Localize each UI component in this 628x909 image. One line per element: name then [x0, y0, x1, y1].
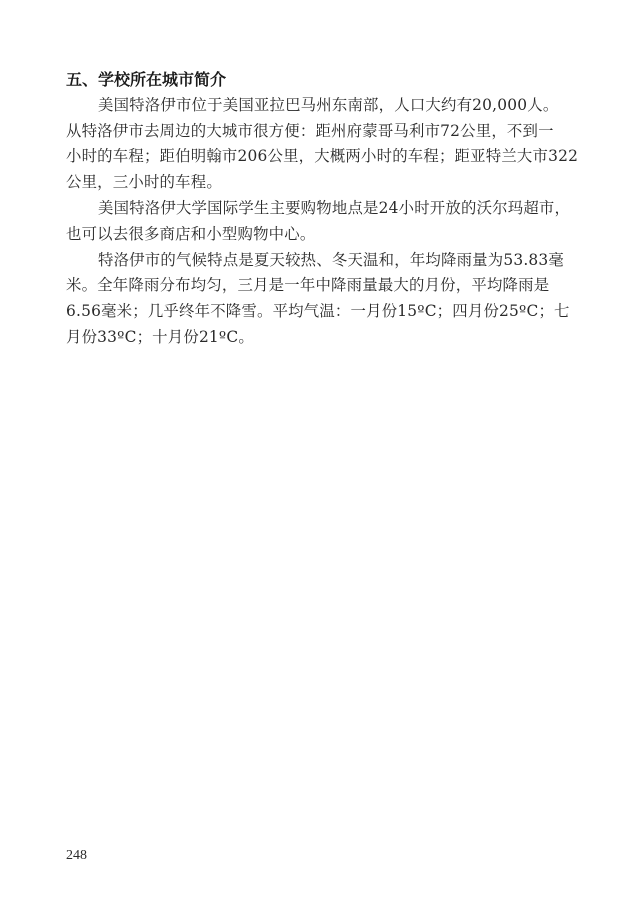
page-number: 248: [66, 847, 87, 865]
text-line: 也可以去很多商店和小型购物中心。: [66, 222, 566, 248]
text-line: 小时的车程；距伯明翰市206公里，大概两小时的车程；距亚特兰大市322: [66, 144, 566, 170]
page-content: 五、学校所在城市简介 美国特洛伊市位于美国亚拉巴马州东南部，人口大约有20,00…: [66, 67, 566, 351]
paragraph-climate: 特洛伊市的气候特点是夏天较热、冬天温和，年均降雨量为53.83毫 米。全年降雨分…: [66, 248, 566, 351]
section-heading: 五、学校所在城市简介: [66, 67, 566, 93]
text-line: 从特洛伊市去周边的大城市很方便：距州府蒙哥马利市72公里，不到一: [66, 119, 566, 145]
text-line: 6.56毫米；几乎终年不降雪。平均气温：一月份15ºC；四月份25ºC；七: [66, 299, 566, 325]
text-line: 特洛伊市的气候特点是夏天较热、冬天温和，年均降雨量为53.83毫: [66, 248, 566, 274]
text-line: 米。全年降雨分布均匀，三月是一年中降雨量最大的月份，平均降雨是: [66, 273, 566, 299]
paragraph-shopping: 美国特洛伊大学国际学生主要购物地点是24小时开放的沃尔玛超市， 也可以去很多商店…: [66, 196, 566, 248]
text-line: 美国特洛伊市位于美国亚拉巴马州东南部，人口大约有20,000人。: [66, 93, 566, 119]
text-line: 月份33ºC；十月份21ºC。: [66, 325, 566, 351]
text-line: 美国特洛伊大学国际学生主要购物地点是24小时开放的沃尔玛超市，: [66, 196, 566, 222]
document-page: 五、学校所在城市简介 美国特洛伊市位于美国亚拉巴马州东南部，人口大约有20,00…: [0, 0, 628, 909]
text-line: 公里，三小时的车程。: [66, 170, 566, 196]
paragraph-city-location: 美国特洛伊市位于美国亚拉巴马州东南部，人口大约有20,000人。 从特洛伊市去周…: [66, 93, 566, 196]
